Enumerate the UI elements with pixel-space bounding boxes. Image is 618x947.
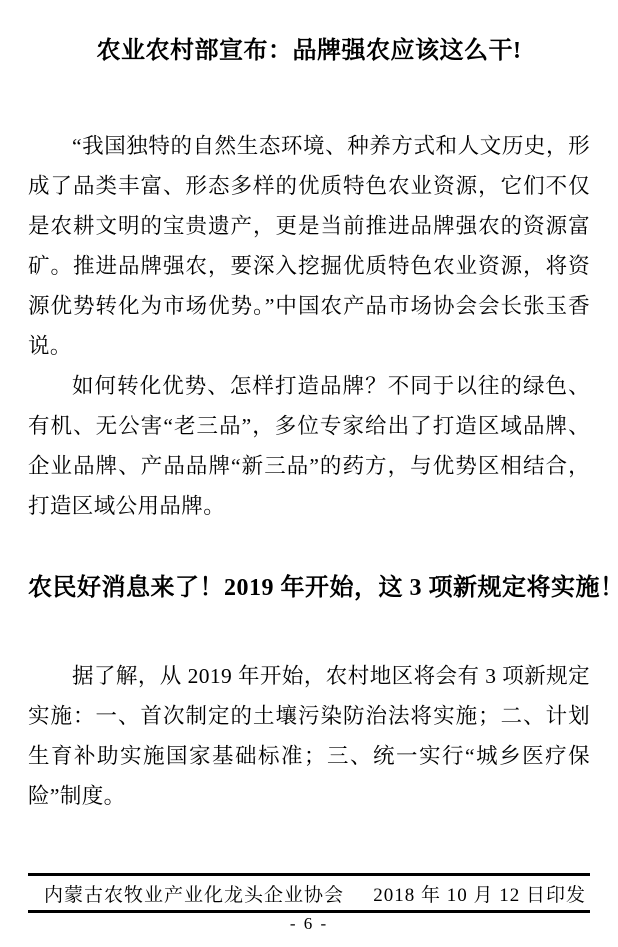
article-1-title: 农业农村部宣布：品牌强农应该这么干! [28, 37, 590, 65]
footer-organization: 内蒙古农牧业产业化龙头企业协会 [44, 880, 344, 907]
article-1-paragraph-1: “我国独特的自然生态环境、种养方式和人文历史，形成了品类丰富、形态多样的优质特色… [28, 126, 590, 366]
footer: 内蒙古农牧业产业化龙头企业协会 2018 年 10 月 12 日印发 [28, 873, 590, 913]
document-page: 农业农村部宣布：品牌强农应该这么干! “我国独特的自然生态环境、种养方式和人文历… [0, 0, 618, 947]
article-2-paragraph-1: 据了解，从 2019 年开始，农村地区将会有 3 项新规定实施：一、首次制定的土… [28, 656, 590, 816]
footer-issue-date: 2018 年 10 月 12 日印发 [373, 880, 586, 907]
article-2-title: 农民好消息来了！2019 年开始，这 3 项新规定将实施！ [28, 574, 590, 602]
page-number: - 6 - [0, 914, 618, 934]
article-1-paragraph-2: 如何转化优势、怎样打造品牌？不同于以往的绿色、有机、无公害“老三品”，多位专家给… [28, 366, 590, 526]
